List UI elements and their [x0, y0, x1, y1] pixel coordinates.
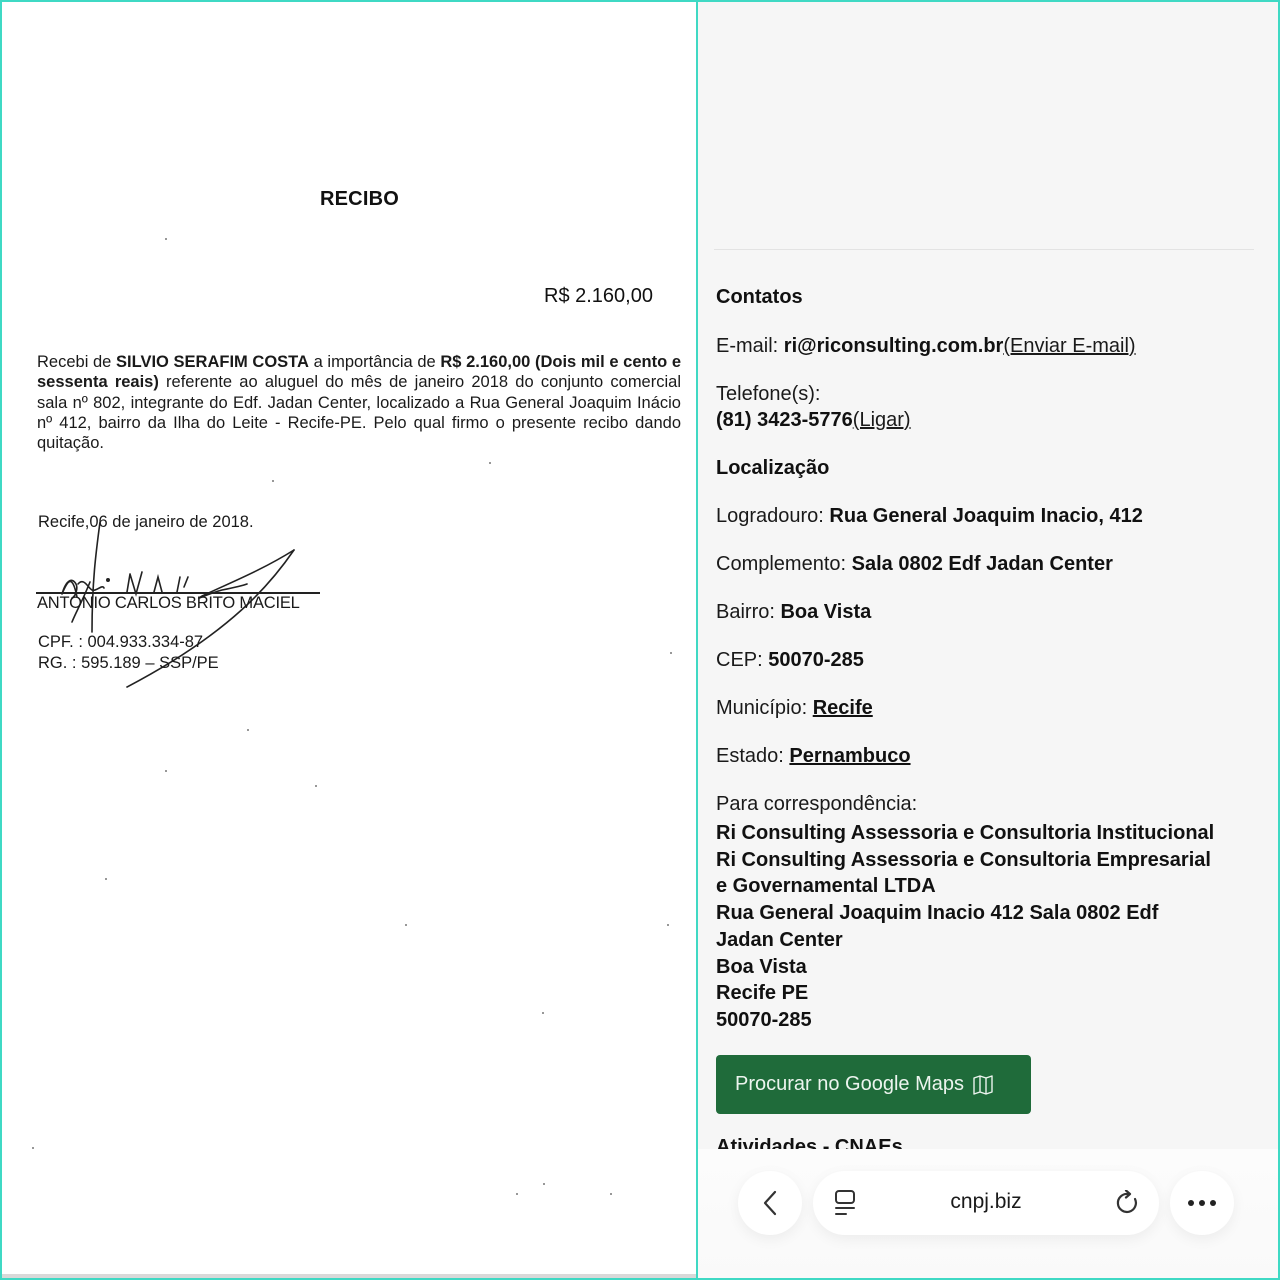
receipt-document: RECIBO R$ 2.160,00 Recebi de SILVIO SERA… — [2, 2, 696, 1278]
back-button[interactable] — [738, 1171, 802, 1235]
address-bar[interactable]: cnpj.biz — [813, 1171, 1159, 1235]
section-divider — [714, 249, 1254, 250]
complemento-row: Complemento: Sala 0802 Edf Jadan Center — [716, 553, 1113, 576]
municipio-label: Município: — [716, 697, 813, 719]
scan-edge — [2, 1274, 696, 1278]
complemento-label: Complemento: — [716, 553, 852, 575]
email-label: E-mail: — [716, 335, 784, 357]
receipt-amount: R$ 2.160,00 — [544, 285, 653, 308]
localizacao-heading: Localização — [716, 457, 829, 480]
receipt-body-text: a importância de — [309, 353, 440, 371]
signer-name: ANTONIO CARLOS BRITO MACIEL — [37, 594, 300, 613]
municipio-row: Município: Recife — [716, 697, 873, 720]
complemento-value: Sala 0802 Edf Jadan Center — [852, 553, 1113, 575]
logradouro-label: Logradouro: — [716, 505, 829, 527]
more-horizontal-icon — [1187, 1199, 1217, 1207]
send-email-link[interactable]: (Enviar E-mail) — [1003, 335, 1135, 357]
address-line: Boa Vista — [716, 954, 1214, 981]
reload-icon[interactable] — [1115, 1190, 1141, 1216]
receipt-title: RECIBO — [320, 188, 399, 211]
phone-label: Telefone(s): — [716, 383, 821, 406]
logradouro-value: Rua General Joaquim Inacio, 412 — [829, 505, 1142, 527]
panel-divider — [696, 0, 698, 1280]
call-link[interactable]: (Ligar) — [853, 409, 911, 431]
estado-link[interactable]: Pernambuco — [789, 745, 910, 767]
municipio-link[interactable]: Recife — [813, 697, 873, 719]
email-row: E-mail: ri@riconsulting.com.br(Enviar E-… — [716, 335, 1136, 358]
browser-page: Contatos E-mail: ri@riconsulting.com.br(… — [698, 2, 1278, 1278]
address-line: e Governamental LTDA — [716, 873, 1214, 900]
chevron-left-icon — [760, 1189, 780, 1217]
estado-row: Estado: Pernambuco — [716, 745, 911, 768]
map-icon — [972, 1075, 994, 1095]
correspondencia-address: Ri Consulting Assessoria e Consultoria I… — [716, 820, 1214, 1034]
bairro-value: Boa Vista — [780, 601, 871, 623]
address-line: Ri Consulting Assessoria e Consultoria E… — [716, 847, 1214, 874]
address-line: Jadan Center — [716, 927, 1214, 954]
estado-label: Estado: — [716, 745, 789, 767]
email-value: ri@riconsulting.com.br — [784, 335, 1004, 357]
receipt-body: Recebi de SILVIO SERAFIM COSTA a importâ… — [37, 352, 681, 453]
address-line: Ri Consulting Assessoria e Consultoria I… — [716, 820, 1214, 847]
receipt-body-text: Recebi de — [37, 353, 116, 371]
signer-rg: RG. : 595.189 – SSP/PE — [38, 654, 219, 673]
address-line: Recife PE — [716, 980, 1214, 1007]
signer-cpf: CPF. : 004.933.334-87 — [38, 633, 203, 652]
payer-name: SILVIO SERAFIM COSTA — [116, 353, 309, 371]
logradouro-row: Logradouro: Rua General Joaquim Inacio, … — [716, 505, 1143, 528]
phone-row: (81) 3423-5776(Ligar) — [716, 409, 911, 432]
address-line: 50070-285 — [716, 1007, 1214, 1034]
phone-value: (81) 3423-5776 — [716, 409, 853, 431]
cep-row: CEP: 50070-285 — [716, 649, 864, 672]
url-text[interactable]: cnpj.biz — [813, 1190, 1159, 1214]
bairro-row: Bairro: Boa Vista — [716, 601, 871, 624]
google-maps-button[interactable]: Procurar no Google Maps — [716, 1055, 1031, 1114]
cep-label: CEP: — [716, 649, 768, 671]
more-button[interactable] — [1170, 1171, 1234, 1235]
correspondencia-label: Para correspondência: — [716, 793, 917, 816]
bairro-label: Bairro: — [716, 601, 780, 623]
address-line: Rua General Joaquim Inacio 412 Sala 0802… — [716, 900, 1214, 927]
google-maps-button-label: Procurar no Google Maps — [735, 1073, 964, 1096]
cep-value: 50070-285 — [768, 649, 864, 671]
contatos-heading: Contatos — [716, 286, 803, 309]
browser-toolbar: cnpj.biz — [698, 1149, 1278, 1278]
